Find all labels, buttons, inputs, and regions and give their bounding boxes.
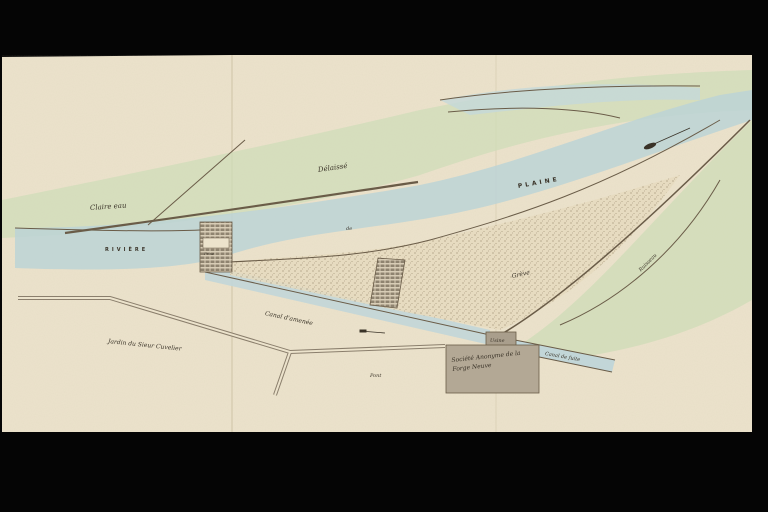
label-riviere: RIVIÈRE xyxy=(105,247,148,253)
label-usine: Usine xyxy=(490,338,505,344)
label-de: de xyxy=(346,226,352,232)
label-pont: Pont xyxy=(370,373,381,379)
map-viewer: Claire eau Délaissé RIVIÈRE PLAINE de Gr… xyxy=(0,0,768,512)
label-prise: Prise xyxy=(204,251,214,256)
